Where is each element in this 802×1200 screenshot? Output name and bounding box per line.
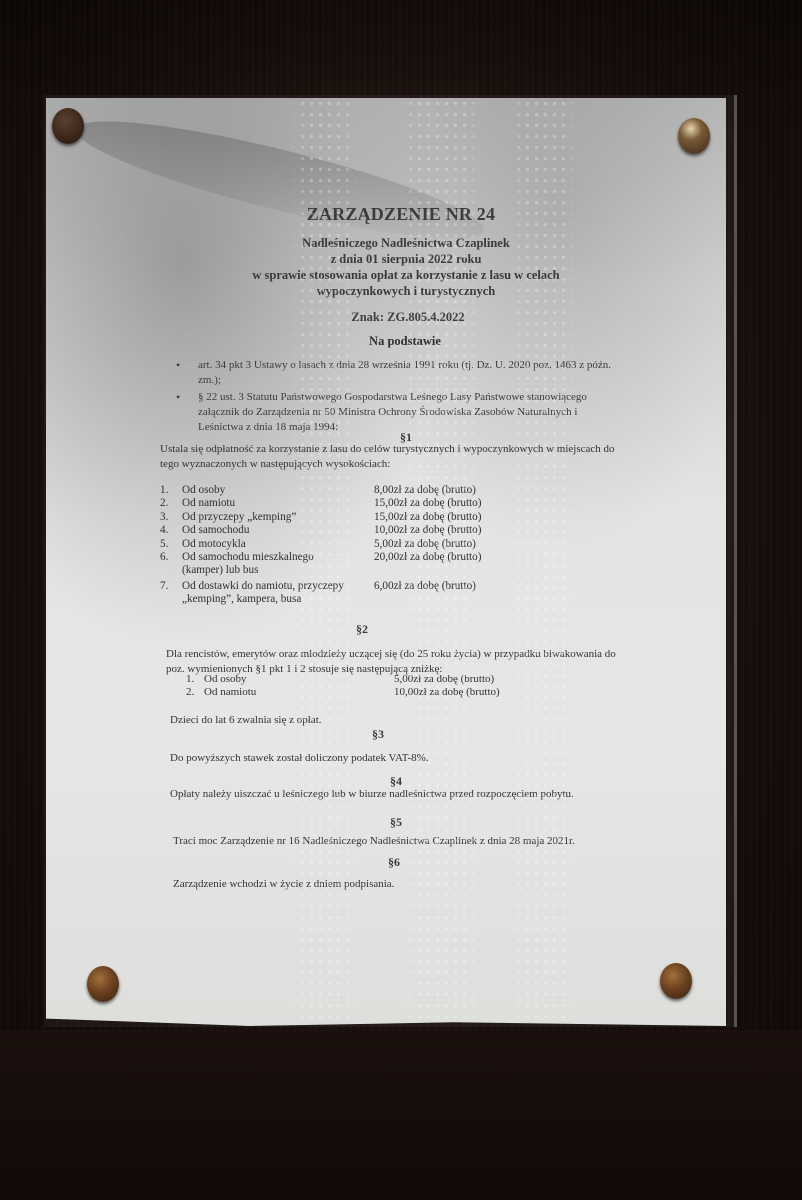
fee-row: 3. Od przyczepy „kemping” 15,00zł za dob…	[160, 511, 520, 524]
fee-row: 6. Od samochodu mieszkalnego (kamper) lu…	[160, 551, 520, 578]
legal-basis-item: § 22 ust. 3 Statutu Państwowego Gospodar…	[176, 390, 616, 435]
fee-number: 3.	[160, 511, 182, 524]
fee-price: 5,00zł za dobę (brutto)	[374, 538, 520, 551]
section-6-text: Zarządzenie wchodzi w życie z dniem podp…	[173, 877, 493, 892]
fee-number: 5.	[160, 538, 182, 551]
fee-row: 1. Od osoby 5,00zł za dobę (brutto)	[186, 673, 516, 686]
fee-number: 4.	[160, 524, 182, 537]
fee-label: Od motocykla	[182, 538, 374, 551]
fee-price: 8,00zł za dobę (brutto)	[374, 484, 520, 497]
fee-row: 4. Od samochodu 10,00zł za dobę (brutto)	[160, 524, 520, 537]
fee-label: Od samochodu	[182, 524, 374, 537]
fee-row: 1. Od osoby 8,00zł za dobę (brutto)	[160, 484, 520, 497]
fee-label: Od dostawki do namiotu, przyczepy „kempi…	[182, 580, 364, 607]
section-3-text: Do powyższych stawek został doliczony po…	[170, 751, 570, 766]
legal-basis-item: art. 34 pkt 3 Ustawy o lasach z dnia 28 …	[176, 358, 616, 388]
pin-bottom-right-icon	[660, 963, 692, 999]
fee-number: 7.	[160, 580, 182, 607]
board-bottom-rail	[0, 1030, 802, 1200]
section-4-text: Opłaty należy uiszczać u leśniczego lub …	[170, 787, 630, 802]
fee-price: 20,00zł za dobę (brutto)	[374, 551, 520, 578]
section-5-text: Traci moc Zarządzenie nr 16 Nadleśniczeg…	[173, 834, 633, 849]
discount-fee-table: 1. Od osoby 5,00zł za dobę (brutto) 2. O…	[186, 673, 516, 699]
fee-price: 10,00zł za dobę (brutto)	[394, 686, 516, 699]
notice-subtitle-line: z dnia 01 sierpnia 2022 roku	[5, 252, 802, 267]
fee-label: Od namiotu	[182, 497, 374, 510]
fee-row: 7. Od dostawki do namiotu, przyczepy „ke…	[160, 580, 520, 607]
fee-number: 1.	[186, 673, 204, 686]
fee-label: Od namiotu	[204, 686, 394, 699]
pin-top-right-icon	[678, 118, 710, 154]
section-6-heading: §6	[364, 855, 424, 870]
fee-label: Od przyczepy „kemping”	[182, 511, 374, 524]
legal-basis-list: art. 34 pkt 3 Ustawy o lasach z dnia 28 …	[176, 358, 616, 437]
fee-number: 2.	[186, 686, 204, 699]
fee-label: Od osoby	[182, 484, 374, 497]
fee-price: 15,00zł za dobę (brutto)	[374, 497, 520, 510]
fee-row: 2. Od namiotu 10,00zł za dobę (brutto)	[186, 686, 516, 699]
basis-heading: Na podstawie	[4, 334, 802, 349]
fee-row: 2. Od namiotu 15,00zł za dobę (brutto)	[160, 497, 520, 510]
fee-label: Od osoby	[204, 673, 394, 686]
fee-number: 2.	[160, 497, 182, 510]
pin-top-left-icon	[52, 108, 84, 144]
notice-subtitle-line: wypoczynkowych i turystycznych	[5, 284, 802, 299]
section-5-heading: §5	[366, 815, 426, 830]
fee-number: 6.	[160, 551, 182, 578]
fee-row: 5. Od motocykla 5,00zł za dobę (brutto)	[160, 538, 520, 551]
section-1-text: Ustala się odpłatność za korzystanie z l…	[160, 442, 620, 472]
notice-subtitle-line: Nadleśniczego Nadleśnictwa Czaplinek	[5, 236, 802, 251]
reference-number: Znak: ZG.805.4.2022	[7, 310, 802, 325]
notice-title: ZARZĄDZENIE NR 24	[0, 204, 802, 225]
fee-label: Od samochodu mieszkalnego (kamper) lub b…	[182, 551, 352, 578]
fee-table: 1. Od osoby 8,00zł za dobę (brutto) 2. O…	[160, 484, 520, 607]
fee-price: 5,00zł za dobę (brutto)	[394, 673, 516, 686]
fee-price: 6,00zł za dobę (brutto)	[374, 580, 520, 607]
section-2-heading: §2	[332, 622, 392, 637]
pin-bottom-left-icon	[87, 966, 119, 1002]
notice-subtitle-line: w sprawie stosowania opłat za korzystani…	[5, 268, 802, 283]
fee-price: 10,00zł za dobę (brutto)	[374, 524, 520, 537]
fee-price: 15,00zł za dobę (brutto)	[374, 511, 520, 524]
fee-number: 1.	[160, 484, 182, 497]
section-3-heading: §3	[348, 727, 408, 742]
children-exemption: Dzieci do lat 6 zwalnia się z opłat.	[170, 713, 470, 728]
